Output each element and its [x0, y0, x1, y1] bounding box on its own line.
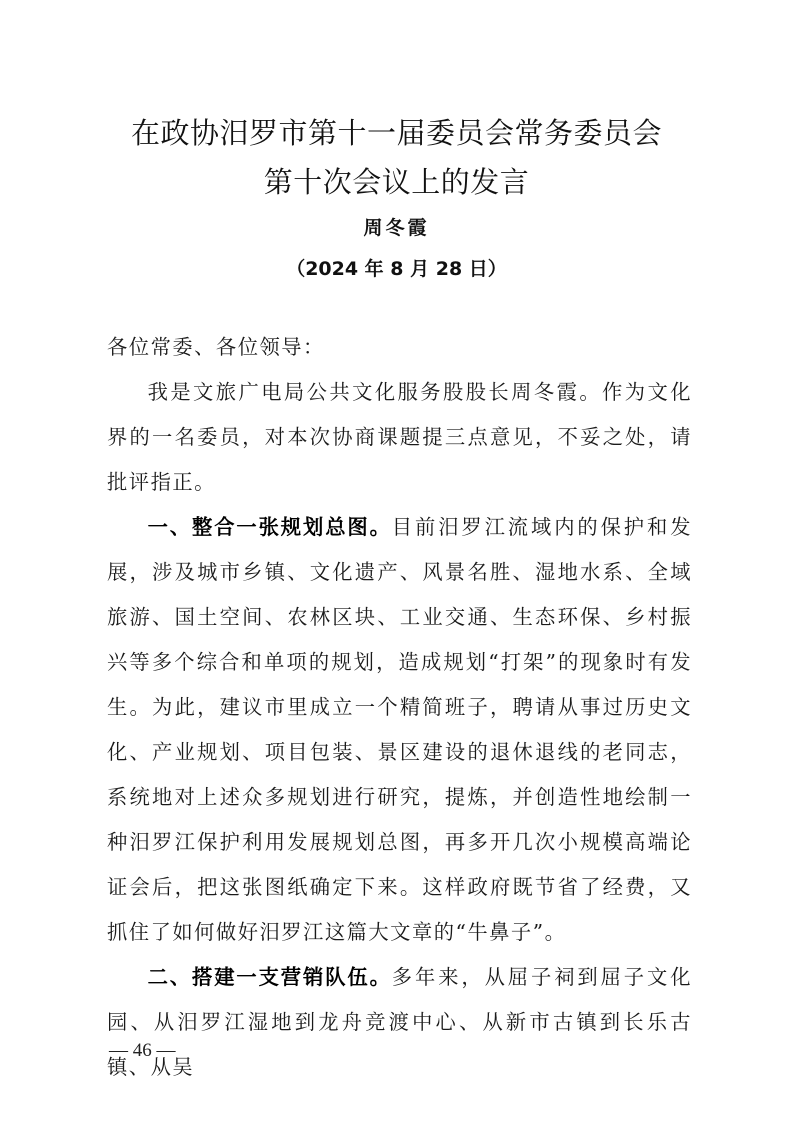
section-2-heading: 二、搭建一支营销队伍。 — [148, 965, 392, 989]
section-2-paragraph: 二、搭建一支营销队伍。多年来，从屈子祠到屈子文化园、从汨罗江湿地到龙舟竞渡中心、… — [107, 955, 692, 1090]
page-number: — 46 — — [109, 1040, 176, 1062]
section-1-text: 目前汨罗江流域内的保护和发展，涉及城市乡镇、文化遗产、风景名胜、湿地水系、全域旅… — [107, 515, 692, 944]
section-1-paragraph: 一、整合一张规划总图。目前汨罗江流域内的保护和发展，涉及城市乡镇、文化遗产、风景… — [107, 505, 692, 955]
speech-date: （2024 年 8 月 28 日） — [0, 254, 793, 281]
document-body: 各位常委、各位领导： 我是文旅广电局公共文化服务股股长周冬霞。作为文化界的一名委… — [107, 325, 692, 1090]
salutation: 各位常委、各位领导： — [107, 325, 692, 370]
title-line-2: 第十次会议上的发言 — [0, 160, 793, 201]
section-1-heading: 一、整合一张规划总图。 — [148, 515, 392, 539]
intro-paragraph: 我是文旅广电局公共文化服务股股长周冬霞。作为文化界的一名委员，对本次协商课题提三… — [107, 370, 692, 505]
author-name: 周冬霞 — [0, 213, 793, 240]
document-page: 在政协汨罗市第十一届委员会常务委员会 第十次会议上的发言 周冬霞 （2024 年… — [0, 0, 793, 1122]
title-line-1: 在政协汨罗市第十一届委员会常务委员会 — [0, 111, 793, 152]
